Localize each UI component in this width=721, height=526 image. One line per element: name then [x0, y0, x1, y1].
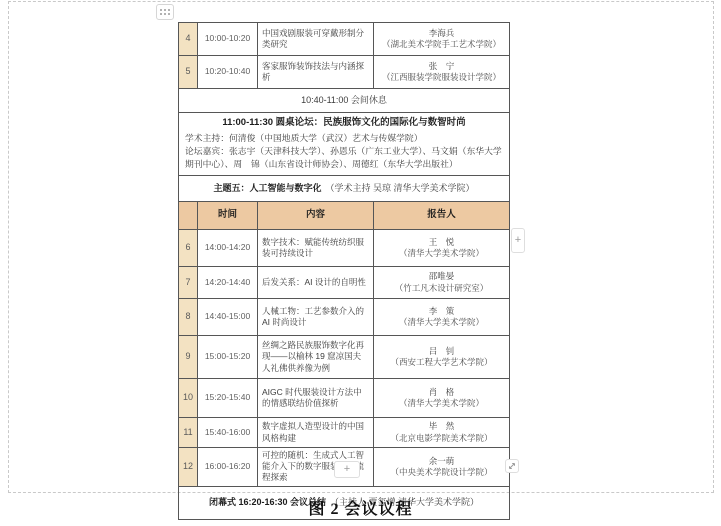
speaker-cell[interactable]: 王 悦 （清华大学美术学院）	[374, 230, 510, 267]
speaker-affiliation: （清华大学美术学院）	[378, 317, 505, 328]
header-content[interactable]: 内容	[258, 202, 374, 230]
speaker-affiliation: （中央美术学院设计学院）	[378, 467, 505, 478]
content-cell[interactable]: 中国戏剧服装可穿戴形制分类研究	[258, 23, 374, 56]
speaker-name: 王 悦	[378, 237, 505, 248]
row-number-cell[interactable]: 11	[179, 418, 198, 448]
speaker-affiliation: （清华大学美术学院）	[378, 398, 505, 409]
speaker-affiliation: （江西服装学院服装设计学院）	[378, 72, 505, 83]
roundtable-guests: 论坛嘉宾：张志宇（天津科技大学）、孙恩乐（广东工业大学）、马文娟（东华大学期刊中…	[185, 145, 503, 171]
time-cell[interactable]: 14:00-14:20	[198, 230, 258, 267]
speaker-cell[interactable]: 肖 格 （清华大学美术学院）	[374, 379, 510, 418]
plus-icon: +	[344, 463, 350, 475]
content-cell[interactable]: 客家服饰装饰技法与内涵探析	[258, 56, 374, 89]
diagonal-resize-icon	[507, 461, 517, 471]
speaker-affiliation: （清华大学美术学院）	[378, 248, 505, 259]
row-number-cell[interactable]: 4	[179, 23, 198, 56]
speaker-affiliation: （西安工程大学艺术学院）	[378, 357, 505, 368]
time-cell[interactable]: 15:00-15:20	[198, 336, 258, 379]
speaker-affiliation: （北京电影学院美术学院）	[378, 433, 505, 444]
header-number-cell[interactable]	[179, 202, 198, 230]
time-cell[interactable]: 10:20-10:40	[198, 56, 258, 89]
time-cell[interactable]: 16:00-16:20	[198, 448, 258, 487]
table-drag-handle[interactable]	[156, 4, 174, 20]
break-row: 10:40-11:00 会间休息	[179, 89, 510, 113]
speaker-affiliation: （湖北美术学院手工艺术学院）	[378, 39, 505, 50]
content-cell[interactable]: 数字技术：赋能传统纺织服装可持续设计	[258, 230, 374, 267]
content-cell[interactable]: 后发关系：AI 设计的自明性	[258, 267, 374, 299]
break-cell[interactable]: 10:40-11:00 会间休息	[179, 89, 510, 113]
speaker-affiliation: （竹工凡木设计研究室）	[378, 283, 505, 294]
table-row: 11 15:40-16:00 数字虚拟人造型设计的中国风格构建 毕 然 （北京电…	[179, 418, 510, 448]
time-cell[interactable]: 15:40-16:00	[198, 418, 258, 448]
agenda-table: 4 10:00-10:20 中国戏剧服装可穿戴形制分类研究 李海兵 （湖北美术学…	[178, 22, 510, 520]
grid-dots-icon	[160, 9, 170, 15]
row-number-cell[interactable]: 5	[179, 56, 198, 89]
roundtable-row: 11:00-11:30 圆桌论坛：民族服饰文化的国际化与数智时尚 学术主持：何清…	[179, 113, 510, 176]
speaker-name: 余一萌	[378, 456, 505, 467]
header-time[interactable]: 时间	[198, 202, 258, 230]
roundtable-title: 11:00-11:30 圆桌论坛：民族服饰文化的国际化与数智时尚	[183, 117, 505, 130]
time-cell[interactable]: 14:40-15:00	[198, 299, 258, 336]
theme-cell[interactable]: 主题五：人工智能与数字化（学术主持 吴琼 清华大学美术学院）	[179, 176, 510, 202]
table-resize-handle[interactable]	[505, 459, 519, 473]
content-cell[interactable]: 数字虚拟人造型设计的中国风格构建	[258, 418, 374, 448]
content-cell[interactable]: AIGC 时代服装设计方法中的情感联结价值探析	[258, 379, 374, 418]
table-row: 9 15:00-15:20 丝绸之路民族服饰数字化再现——以榆林 19 窟凉国夫…	[179, 336, 510, 379]
theme-title: 主题五：人工智能与数字化	[213, 183, 321, 193]
speaker-name: 李 策	[378, 306, 505, 317]
speaker-name: 邵唯晏	[378, 271, 505, 282]
speaker-cell[interactable]: 余一萌 （中央美术学院设计学院）	[374, 448, 510, 487]
plus-icon: +	[515, 234, 521, 246]
figure-caption[interactable]: 图 2 会议议程	[0, 496, 721, 519]
insert-row-button[interactable]: +	[334, 461, 360, 478]
speaker-cell[interactable]: 吕 钊 （西安工程大学艺术学院）	[374, 336, 510, 379]
content-cell[interactable]: 人械工物：工艺参数介入的 AI 时尚设计	[258, 299, 374, 336]
speaker-cell[interactable]: 邵唯晏 （竹工凡木设计研究室）	[374, 267, 510, 299]
roundtable-cell[interactable]: 11:00-11:30 圆桌论坛：民族服饰文化的国际化与数智时尚 学术主持：何清…	[179, 113, 510, 176]
speaker-name: 肖 格	[378, 387, 505, 398]
speaker-cell[interactable]: 李海兵 （湖北美术学院手工艺术学院）	[374, 23, 510, 56]
theme-host: （学术主持 吴琼 清华大学美术学院）	[326, 183, 475, 193]
speaker-cell[interactable]: 李 策 （清华大学美术学院）	[374, 299, 510, 336]
speaker-cell[interactable]: 毕 然 （北京电影学院美术学院）	[374, 418, 510, 448]
time-cell[interactable]: 10:00-10:20	[198, 23, 258, 56]
row-number-cell[interactable]: 12	[179, 448, 198, 487]
table-row: 5 10:20-10:40 客家服饰装饰技法与内涵探析 张 宁 （江西服装学院服…	[179, 56, 510, 89]
table-header-row: 时间 内容 报告人	[179, 202, 510, 230]
row-number-cell[interactable]: 9	[179, 336, 198, 379]
speaker-name: 毕 然	[378, 421, 505, 432]
row-number-cell[interactable]: 8	[179, 299, 198, 336]
row-number-cell[interactable]: 6	[179, 230, 198, 267]
speaker-cell[interactable]: 张 宁 （江西服装学院服装设计学院）	[374, 56, 510, 89]
speaker-name: 张 宁	[378, 61, 505, 72]
roundtable-host: 学术主持：何清俊（中国地质大学（武汉）艺术与传媒学院）	[185, 132, 503, 145]
table-row: 10 15:20-15:40 AIGC 时代服装设计方法中的情感联结价值探析 肖…	[179, 379, 510, 418]
table-row: 7 14:20-14:40 后发关系：AI 设计的自明性 邵唯晏 （竹工凡木设计…	[179, 267, 510, 299]
header-speaker[interactable]: 报告人	[374, 202, 510, 230]
speaker-name: 吕 钊	[378, 346, 505, 357]
content-cell[interactable]: 丝绸之路民族服饰数字化再现——以榆林 19 窟凉国夫人礼佛供养像为例	[258, 336, 374, 379]
table-row: 8 14:40-15:00 人械工物：工艺参数介入的 AI 时尚设计 李 策 （…	[179, 299, 510, 336]
insert-column-button[interactable]: +	[511, 228, 525, 253]
row-number-cell[interactable]: 10	[179, 379, 198, 418]
table-row: 6 14:00-14:20 数字技术：赋能传统纺织服装可持续设计 王 悦 （清华…	[179, 230, 510, 267]
theme-row: 主题五：人工智能与数字化（学术主持 吴琼 清华大学美术学院）	[179, 176, 510, 202]
speaker-name: 李海兵	[378, 28, 505, 39]
table-row: 4 10:00-10:20 中国戏剧服装可穿戴形制分类研究 李海兵 （湖北美术学…	[179, 23, 510, 56]
time-cell[interactable]: 14:20-14:40	[198, 267, 258, 299]
row-number-cell[interactable]: 7	[179, 267, 198, 299]
time-cell[interactable]: 15:20-15:40	[198, 379, 258, 418]
